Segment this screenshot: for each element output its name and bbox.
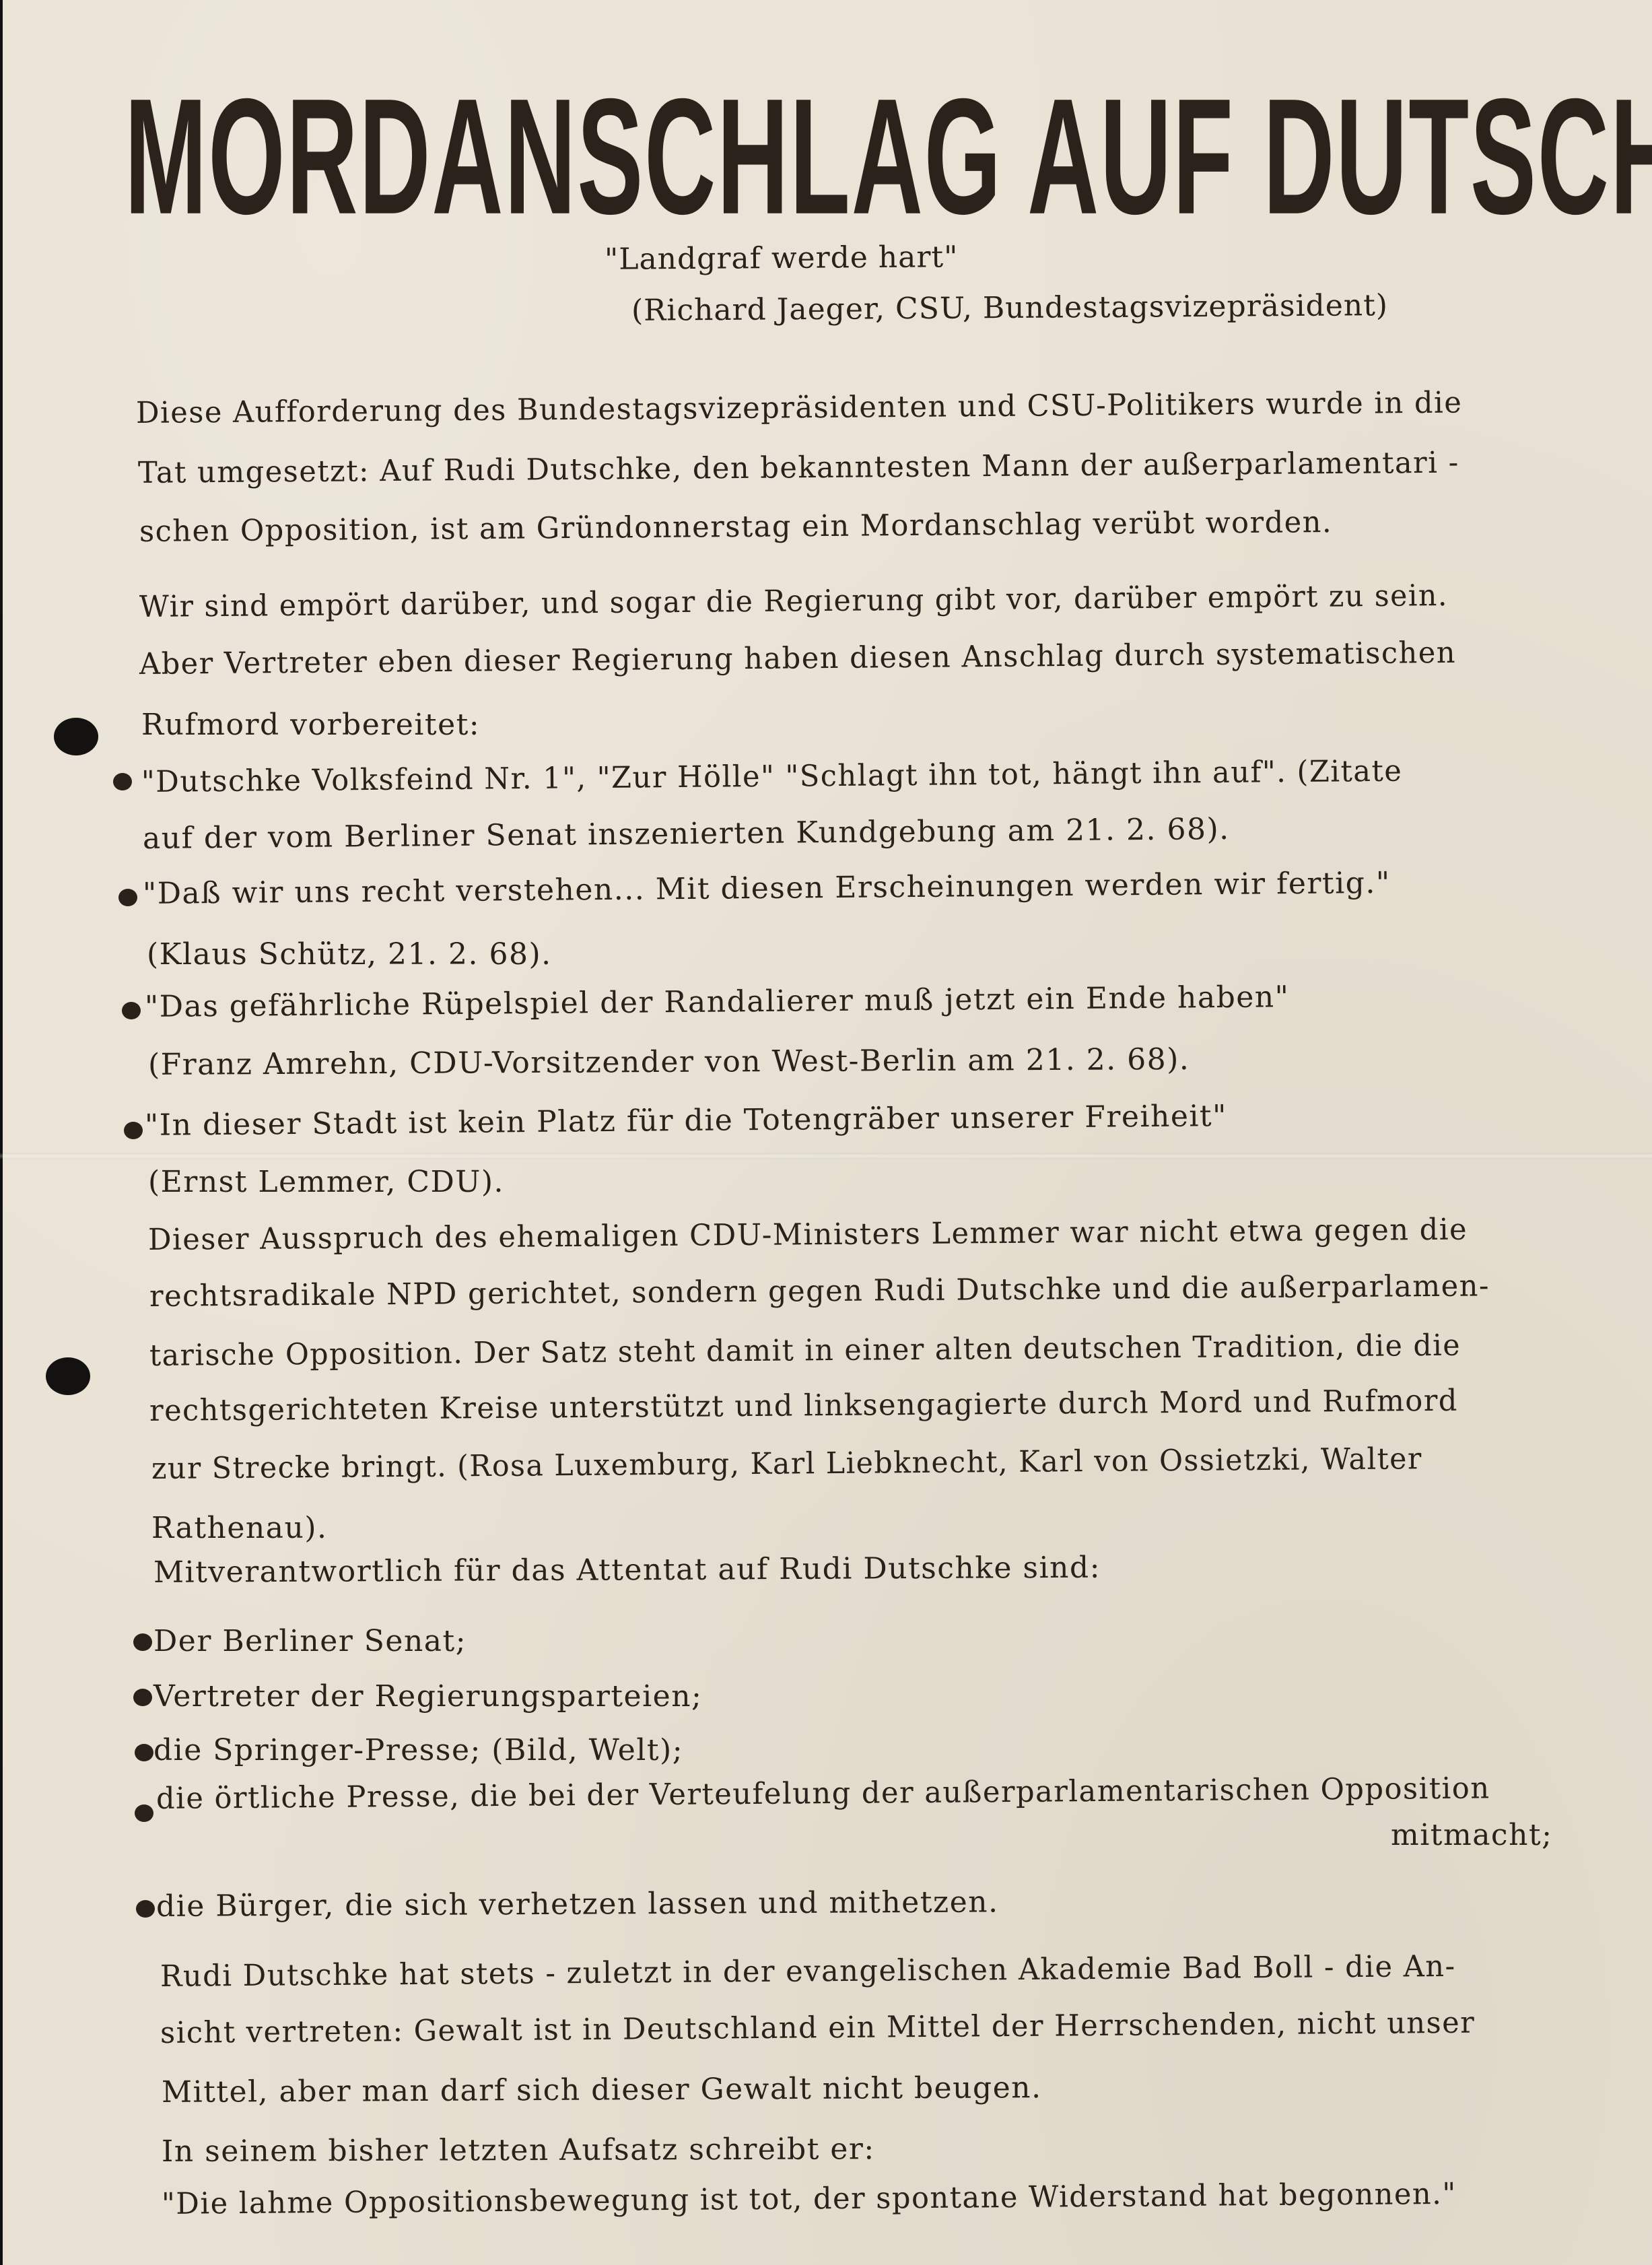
bullet-icon <box>118 889 137 906</box>
body-line: (Ernst Lemmer, CDU). <box>148 1165 504 1199</box>
bullet-icon <box>133 1633 152 1651</box>
bullet-icon <box>135 1804 153 1822</box>
bullet-icon <box>136 1900 155 1918</box>
body-line: Rufmord vorbereitet: <box>141 708 480 742</box>
epigraph-quote: "Landgraf werde hart" <box>605 240 959 277</box>
list-item: Der Berliner Senat; <box>153 1624 467 1658</box>
body-line: (Klaus Schütz, 21. 2. 68). <box>147 937 552 972</box>
list-item: die Springer-Presse; (Bild, Welt); <box>153 1733 683 1767</box>
punch-hole-top <box>54 718 98 755</box>
bullet-icon <box>124 1122 143 1139</box>
bullet-icon <box>122 1002 141 1019</box>
bullet-icon <box>135 1744 153 1761</box>
list-item: Vertreter der Regierungsparteien; <box>153 1679 702 1714</box>
body-line: In seinem bisher letzten Aufsatz schreib… <box>162 2132 875 2169</box>
bullet-icon <box>113 773 132 790</box>
list-item: die Bürger, die sich verhetzen lassen un… <box>156 1885 999 1924</box>
body-line: Rathenau). <box>151 1511 328 1545</box>
paper-fold <box>0 1153 1652 1159</box>
list-item-continuation: mitmacht; <box>1391 1818 1552 1852</box>
epigraph-attribution: (Richard Jaeger, CSU, Bundestagsvizepräs… <box>631 288 1388 328</box>
body-line: (Franz Amrehn, CDU-Vorsitzender von West… <box>148 1042 1190 1082</box>
section-heading: Mitverantwortlich für das Attentat auf R… <box>153 1551 1101 1590</box>
bullet-icon <box>133 1689 152 1706</box>
scan-edge <box>0 0 3 2265</box>
body-line: Mittel, aber man darf sich dieser Gewalt… <box>162 2070 1042 2109</box>
punch-hole-bottom <box>46 1357 90 1395</box>
